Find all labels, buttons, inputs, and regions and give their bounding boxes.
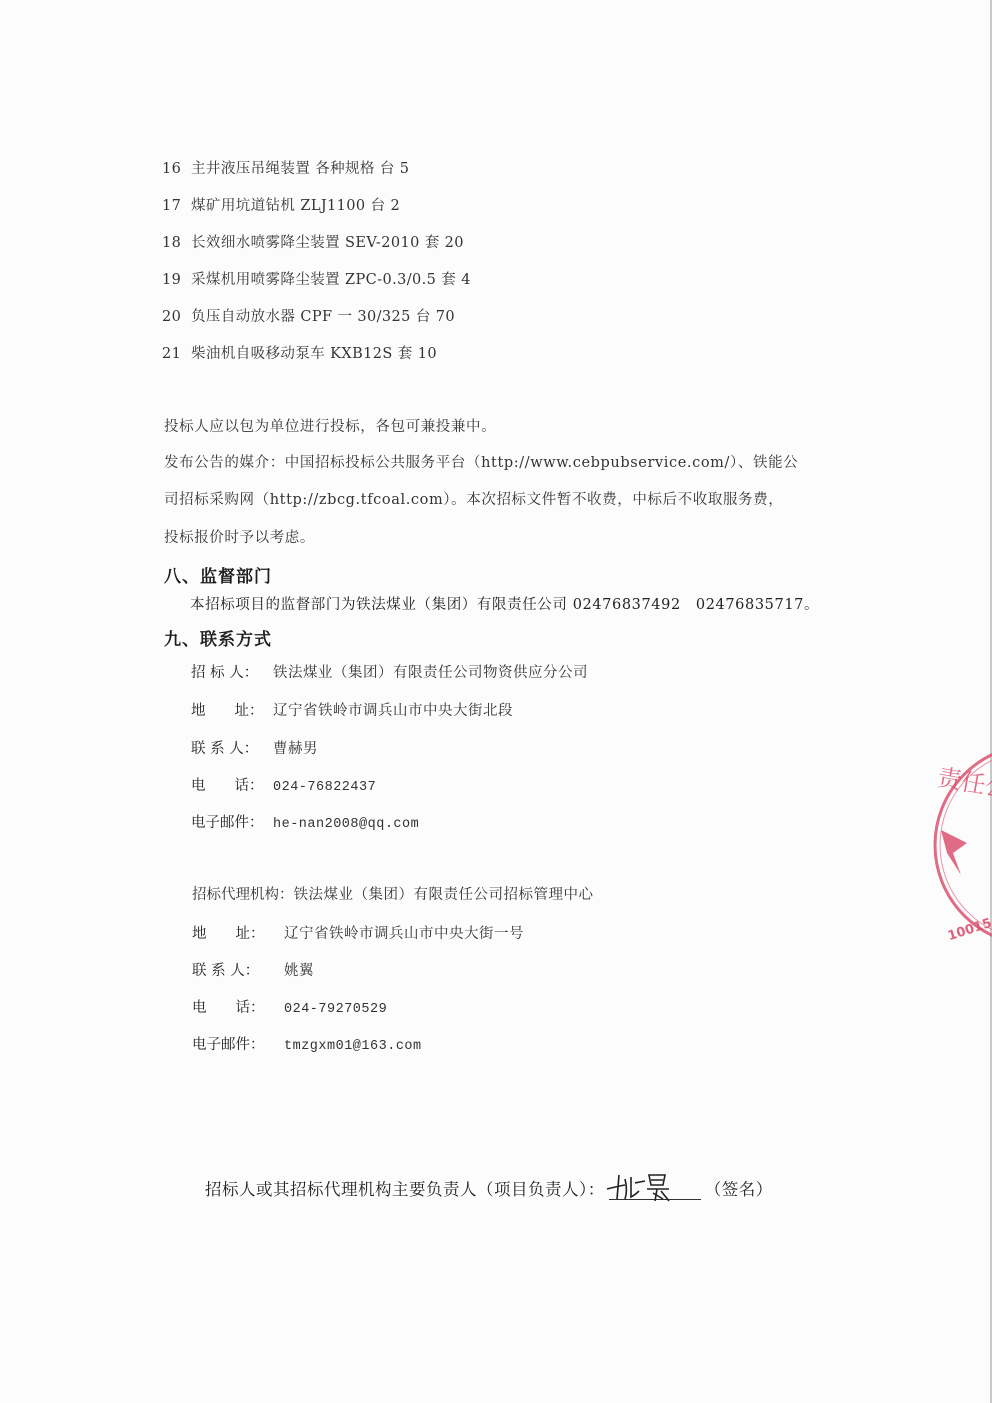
- item-unit: 套: [425, 235, 440, 251]
- tenderer-address: 辽宁省铁岭市调兵山市中央大街北段: [273, 703, 513, 719]
- list-item: 19 采煤机用喷雾降尘装置 ZPC-0.3/0.5 套 4: [162, 268, 471, 289]
- item-qty: 5: [400, 161, 410, 177]
- signature-suffix: （签名）: [705, 1180, 773, 1199]
- item-qty: 70: [436, 309, 455, 325]
- label: 地 址：: [192, 922, 284, 943]
- item-name: 煤矿用坑道钻机: [191, 198, 295, 214]
- item-number: 17: [162, 198, 186, 214]
- tenderer-address-row: 地 址：辽宁省铁岭市调兵山市中央大街北段: [191, 699, 513, 720]
- item-name: 长效细水喷雾降尘装置: [191, 235, 340, 251]
- tenderer-name-row: 招 标 人：铁法煤业（集团）有限责任公司物资供应分公司: [191, 661, 588, 682]
- signature-field: [609, 1175, 701, 1200]
- agent-email-row: 电子邮件：tmzgxm01@163.com: [192, 1033, 422, 1054]
- tenderer-contact-person-row: 联 系 人：曹赫男: [191, 737, 318, 758]
- label: 联 系 人：: [192, 959, 284, 980]
- tenderer-phone: 024-76822437: [273, 780, 376, 795]
- item-spec: CPF 一 30/325: [300, 309, 410, 325]
- item-number: 18: [162, 235, 186, 251]
- item-qty: 20: [445, 235, 464, 251]
- item-name: 柴油机自吸移动泵车: [191, 346, 325, 362]
- item-qty: 10: [418, 346, 437, 362]
- label: 联 系 人：: [191, 737, 273, 758]
- tenderer-name: 铁法煤业（集团）有限责任公司物资供应分公司: [273, 665, 588, 681]
- item-qty: 2: [391, 198, 401, 214]
- signature-label: 招标人或其招标代理机构主要负责人（项目负责人）：: [205, 1180, 605, 1199]
- agent-phone-row: 电 话：024-79270529: [192, 996, 387, 1017]
- agent-address: 辽宁省铁岭市调兵山市中央大街一号: [284, 926, 524, 942]
- item-spec: ZPC-0.3/0.5: [345, 272, 436, 288]
- agent-email: tmzgxm01@163.com: [284, 1039, 422, 1054]
- list-item: 20 负压自动放水器 CPF 一 30/325 台 70: [162, 305, 455, 326]
- section-heading-contact: 九、联系方式: [164, 625, 272, 650]
- item-number: 16: [162, 161, 186, 177]
- agent-contact-person: 姚翼: [284, 963, 314, 979]
- item-unit: 台: [371, 198, 386, 214]
- item-unit: 套: [441, 272, 456, 288]
- label: 电 话：: [191, 774, 273, 795]
- item-unit: 套: [398, 346, 413, 362]
- tenderer-email: he-nan2008@qq.com: [273, 817, 419, 832]
- company-seal: 责任公司 10015: [925, 735, 992, 955]
- agent-contact-person-row: 联 系 人：姚翼: [192, 959, 314, 980]
- handwritten-signature-icon: [605, 1169, 705, 1203]
- item-qty: 4: [461, 272, 471, 288]
- item-name: 采煤机用喷雾降尘装置: [191, 272, 340, 288]
- label: 招 标 人：: [191, 661, 273, 682]
- list-item: 17 煤矿用坑道钻机 ZLJ1100 台 2: [162, 194, 400, 215]
- label: 地 址：: [191, 699, 273, 720]
- tenderer-email-row: 电子邮件：he-nan2008@qq.com: [191, 811, 419, 832]
- item-spec: SEV-2010: [345, 235, 420, 251]
- item-number: 19: [162, 272, 186, 288]
- label: 电子邮件：: [192, 1033, 284, 1054]
- item-spec: KXB12S: [330, 346, 393, 362]
- agent-phone: 024-79270529: [284, 1002, 387, 1017]
- list-item: 18 长效细水喷雾降尘装置 SEV-2010 套 20: [162, 231, 464, 252]
- tenderer-contact-person: 曹赫男: [273, 741, 318, 757]
- agent-name: 铁法煤业（集团）有限责任公司招标管理中心: [294, 887, 594, 903]
- item-name: 负压自动放水器: [191, 309, 295, 325]
- item-spec: ZLJ1100: [300, 198, 365, 214]
- supervision-text: 本招标项目的监督部门为铁法煤业（集团）有限责任公司 02476837492 02…: [190, 593, 819, 614]
- list-item: 16 主井液压吊绳装置 各种规格 台 5: [162, 157, 409, 178]
- tenderer-phone-row: 电 话：024-76822437: [191, 774, 376, 795]
- label: 电 话：: [192, 996, 284, 1017]
- note-media-line3: 投标报价时予以考虑。: [164, 526, 315, 547]
- section-heading-supervision: 八、监督部门: [164, 562, 272, 587]
- signature-row: 招标人或其招标代理机构主要负责人（项目负责人）： （签名）: [205, 1175, 773, 1200]
- item-number: 21: [162, 346, 186, 362]
- note-media-line1: 发布公告的媒介：中国招标投标公共服务平台（http://www.cebpubse…: [164, 451, 798, 472]
- item-unit: 台: [416, 309, 431, 325]
- red-seal-icon: 责任公司 10015: [925, 735, 992, 955]
- list-item: 21 柴油机自吸移动泵车 KXB12S 套 10: [162, 342, 437, 363]
- item-spec: 各种规格: [315, 161, 375, 177]
- item-unit: 台: [380, 161, 395, 177]
- agent-name-row: 招标代理机构：铁法煤业（集团）有限责任公司招标管理中心: [192, 883, 594, 904]
- item-name: 主井液压吊绳装置: [191, 161, 310, 177]
- item-number: 20: [162, 309, 186, 325]
- agent-address-row: 地 址：辽宁省铁岭市调兵山市中央大街一号: [192, 922, 524, 943]
- note-media-line2: 司招标采购网（http://zbcg.tfcoal.com）。本次招标文件暂不收…: [164, 488, 783, 509]
- label: 电子邮件：: [191, 811, 273, 832]
- note-bidding-unit: 投标人应以包为单位进行投标，各包可兼投兼中。: [164, 415, 496, 436]
- label: 招标代理机构：: [192, 887, 294, 903]
